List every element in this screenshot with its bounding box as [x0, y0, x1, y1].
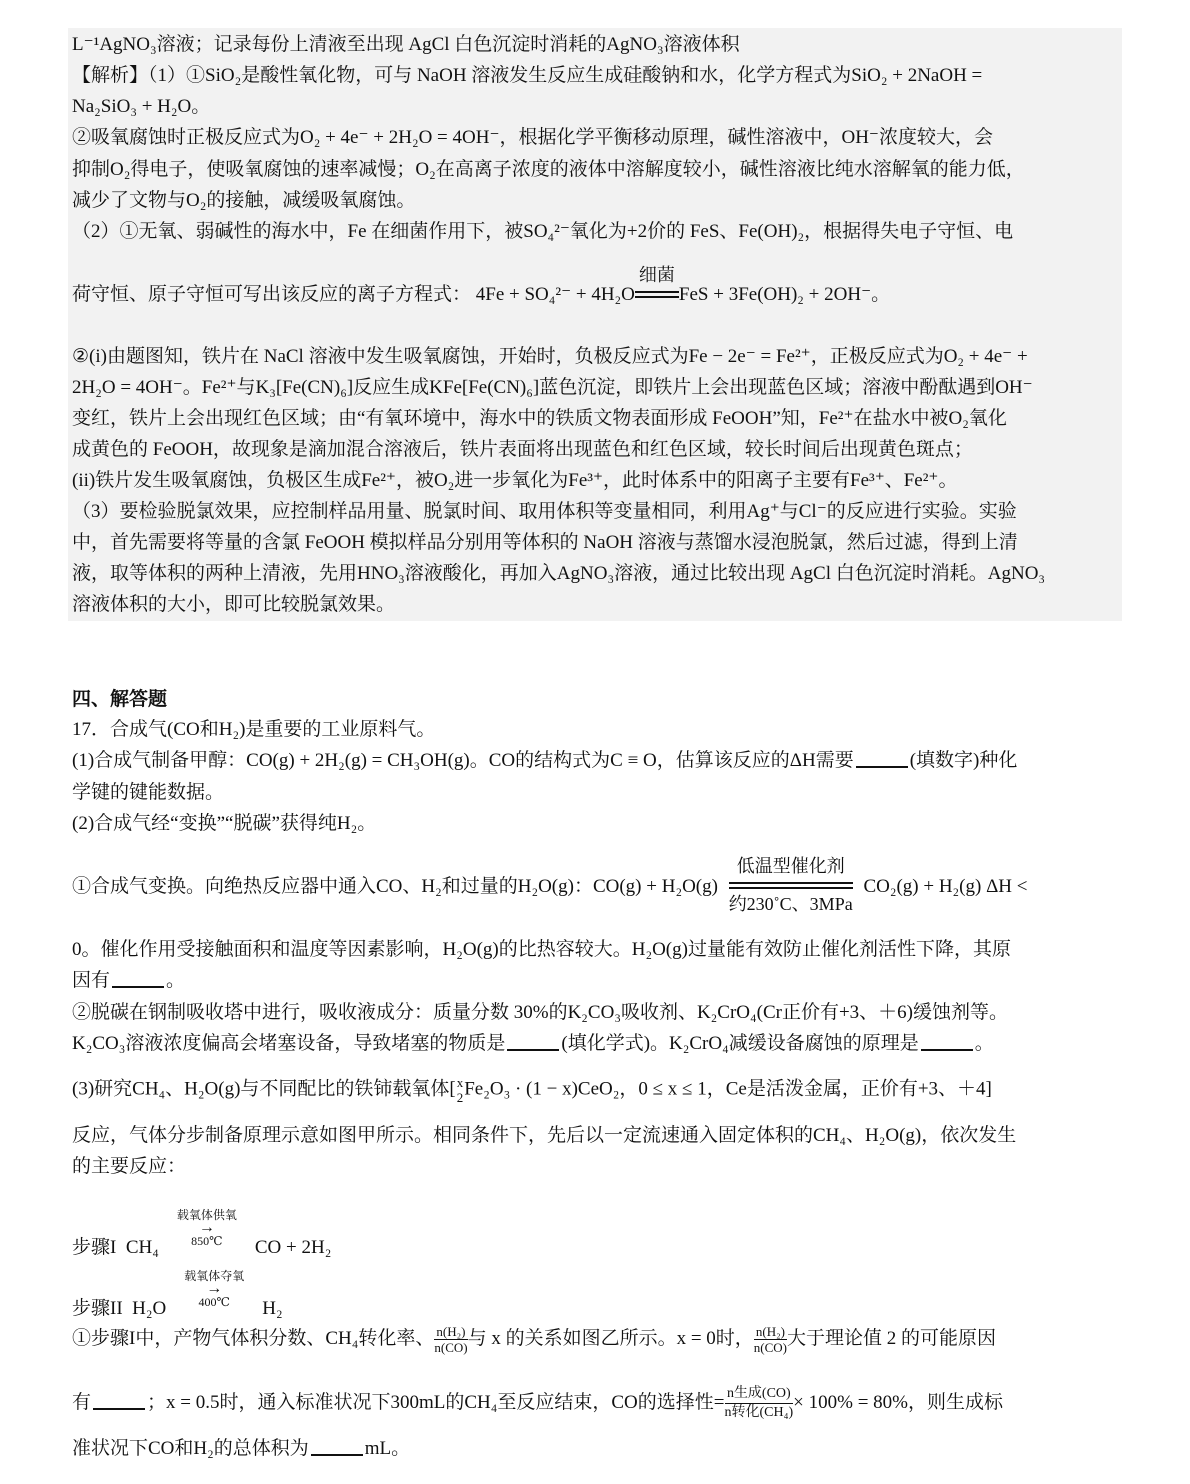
- fraction-denominator: 2: [456, 1090, 465, 1105]
- conditions-label: 约230˚C、3MPa: [719, 894, 863, 914]
- analysis-line: 液，取等体积的两种上清液，先用HNO₃溶液酸化，再加入AgNO₃溶液，通过比较出…: [72, 561, 1045, 587]
- analysis-line: 成黄色的 FeOOH，故现象是滴加混合溶液后，铁片表面将出现蓝色和红色区域，较长…: [72, 437, 973, 463]
- step1-reaction: 步骤I CH₄载氧体供氧→850℃CO + 2H₂: [72, 1208, 331, 1261]
- decarb-text: (填化学式)。K₂CrO₄减缓设备腐蚀的原理是: [561, 1033, 918, 1054]
- analysis-line: 减少了文物与O₂的接触，减缓吸氧腐蚀。: [72, 188, 415, 214]
- step-reactant: CH₄: [126, 1237, 159, 1258]
- analysis-line: （3）要检验脱氯效果，应控制样品用量、脱氯时间、取用体积等变量相同，利用Ag⁺与…: [72, 499, 1017, 525]
- ratio-fraction: n(H₂)n(CO): [754, 1324, 787, 1355]
- fraction-numerator: n(H₂): [434, 1324, 467, 1340]
- analysis-line: 中，首先需要将等量的含氯 FeOOH 模拟样品分别用等体积的 NaOH 溶液与蒸…: [72, 530, 1018, 556]
- analysis-line: 变红，铁片上会出现红色区域；由“有氧环境中，海水中的铁质文物表面形成 FeOOH…: [72, 406, 1007, 432]
- fraction-numerator: n生成(CO): [725, 1385, 794, 1404]
- q1-text: × 100% = 80%，则生成标: [793, 1392, 1003, 1413]
- arrow-right-icon: →: [177, 1222, 237, 1234]
- part1-text-tail: (填数字)种化: [910, 750, 1018, 771]
- answer-blank[interactable]: [856, 748, 908, 768]
- part3-text: Fe₂O₃ · (1 − x)CeO₂，0 ≤ x ≤ 1，Ce是活泼金属，正价…: [464, 1078, 992, 1099]
- step-label: 步骤II: [72, 1298, 123, 1319]
- reaction-condition: 低温型催化剂 约230˚C、3MPa: [729, 882, 853, 889]
- step-condition-below: 850℃: [177, 1234, 237, 1248]
- part1-text: (1)合成气制备甲醇：CO(g) + 2H₂(g) = CH₃OH(g)。CO的…: [72, 750, 854, 771]
- analysis-line: ②吸氧腐蚀时正极反应式为O₂ + 4e⁻ + 2H₂O = 4OH⁻，根据化学平…: [72, 125, 993, 151]
- q1-line3: 准状况下CO和H₂的总体积为mL。: [72, 1436, 410, 1462]
- step-product: CO + 2H₂: [255, 1237, 331, 1258]
- part1-line2: 学键的键能数据。: [72, 780, 224, 806]
- analysis-line: 【解析】（1）①SiO₂是酸性氧化物，可与 NaOH 溶液发生反应生成硅酸钠和水…: [72, 63, 982, 89]
- fraction-numerator: n(H₂): [754, 1324, 787, 1340]
- step-arrow: 载氧体供氧→850℃: [177, 1208, 237, 1248]
- step-condition-below: 400℃: [184, 1295, 244, 1309]
- analysis-line: 2H₂O = 4OH⁻。Fe²⁺与K₃[Fe(CN)₆]反应生成KFe[Fe(C…: [72, 375, 1033, 401]
- q1-line2: 有；x = 0.5时，通入标准状况下300mL的CH₄至反应结束，CO的选择性=…: [72, 1385, 1003, 1422]
- analysis-line: （2）①无氧、弱碱性的海水中，Fe 在细菌作用下，被SO₄²⁻氧化为+2价的 F…: [72, 219, 1013, 245]
- analysis-line: ②(i)由题图知，铁片在 NaCl 溶液中发生吸氧腐蚀，开始时，负极反应式为Fe…: [72, 344, 1028, 370]
- equation-left: 4Fe + SO₄²⁻ + 4H₂O: [476, 284, 635, 305]
- selectivity-fraction: n生成(CO)n转化(CH₄): [725, 1385, 794, 1422]
- part3-line2: 反应，气体分步制备原理示意如图甲所示。相同条件下，先后以一定流速通入固定体积的C…: [72, 1123, 1016, 1149]
- answer-blank[interactable]: [921, 1031, 973, 1051]
- fraction-denominator: n(CO): [754, 1340, 787, 1355]
- part3-line3: 的主要反应：: [72, 1154, 186, 1180]
- equation-right: FeS + 3Fe(OH)₂ + 2OH⁻。: [679, 284, 890, 305]
- ratio-fraction: n(H₂)n(CO): [434, 1324, 467, 1355]
- shift-line3: 因有。: [72, 968, 185, 994]
- answer-blank[interactable]: [112, 968, 164, 988]
- step-reactant: H₂O: [132, 1298, 166, 1319]
- question-stem: 17．合成气(CO和H₂)是重要的工业原料气。: [72, 717, 435, 743]
- section-title: 四、解答题: [72, 686, 167, 712]
- fraction-denominator: n转化(CH₄): [725, 1404, 794, 1422]
- analysis-line: Na₂SiO₃ + H₂O。: [72, 94, 210, 120]
- part3-line1: (3)研究CH₄、H₂O(g)与不同配比的铁铈载氧体[x2Fe₂O₃ · (1 …: [72, 1075, 992, 1105]
- analysis-line: 溶液体积的大小，即可比较脱氯效果。: [72, 592, 395, 618]
- q1-text: 与 x 的关系如图乙所示。x = 0时，: [468, 1328, 754, 1349]
- q1-text: 大于理论值 2 的可能原因: [787, 1328, 996, 1349]
- arrow-right-icon: →: [184, 1283, 244, 1295]
- analysis-line: L⁻¹AgNO₃溶液；记录每份上清液至出现 AgCl 白色沉淀时消耗的AgNO₃…: [72, 32, 740, 58]
- decarb-line1: ②脱碳在钢制吸收塔中进行，吸收液成分：质量分数 30%的K₂CO₃吸收剂、K₂C…: [72, 1000, 1008, 1026]
- step-arrow: 载氧体夺氧→400℃: [184, 1269, 244, 1309]
- q1-text: ①步骤I中，产物气体积分数、CH₄转化率、: [72, 1328, 434, 1349]
- double-line-icon: [635, 291, 679, 298]
- step-product: H₂: [262, 1298, 282, 1319]
- answer-blank[interactable]: [507, 1031, 559, 1051]
- shift-line2: 0。催化作用受接触面积和温度等因素影响，H₂O(g)的比热容较大。H₂O(g)过…: [72, 937, 1011, 963]
- equation-condition: 细菌: [635, 265, 679, 285]
- fraction-denominator: n(CO): [434, 1340, 467, 1355]
- equals-condition: 细菌: [635, 291, 679, 298]
- q1-text: mL。: [365, 1438, 410, 1459]
- shift-text: 。: [166, 970, 185, 991]
- q1-text: 准状况下CO和H₂的总体积为: [72, 1438, 309, 1459]
- analysis-line: 荷守恒、原子守恒可写出该反应的离子方程式：: [72, 284, 471, 305]
- decarb-line2: K₂CO₃溶液浓度偏高会堵塞设备，导致堵塞的物质是(填化学式)。K₂CrO₄减缓…: [72, 1031, 994, 1057]
- answer-blank[interactable]: [311, 1436, 363, 1456]
- shift-text: 因有: [72, 970, 110, 991]
- step-label: 步骤I: [72, 1237, 116, 1258]
- decarb-text: K₂CO₃溶液浓度偏高会堵塞设备，导致堵塞的物质是: [72, 1033, 505, 1054]
- fraction-numerator: x: [456, 1075, 465, 1090]
- analysis-line: (ii)铁片发生吸氧腐蚀，负极区生成Fe²⁺，被O₂进一步氧化为Fe³⁺，此时体…: [72, 468, 957, 494]
- shift-products: CO₂(g) + H₂(g) ΔH <: [863, 876, 1027, 897]
- ionic-equation-line: 荷守恒、原子守恒可写出该反应的离子方程式： 4Fe + SO₄²⁻ + 4H₂O…: [72, 282, 890, 308]
- shift-text: ①合成气变换。向绝热反应器中通入CO、H₂和过量的H₂O(g)：CO(g) + …: [72, 876, 718, 897]
- answer-blank[interactable]: [93, 1390, 145, 1410]
- part3-text: (3)研究CH₄、H₂O(g)与不同配比的铁铈载氧体[: [72, 1078, 456, 1099]
- q1-text: ；x = 0.5时，通入标准状况下300mL的CH₄至反应结束，CO的选择性=: [147, 1392, 724, 1413]
- analysis-line: 抑制O₂得电子，使吸氧腐蚀的速率减慢；O₂在高离子浓度的液体中溶解度较小，碱性溶…: [72, 157, 1025, 183]
- shift-reaction-line: ①合成气变换。向绝热反应器中通入CO、H₂和过量的H₂O(g)：CO(g) + …: [72, 874, 1028, 900]
- fraction: x2: [456, 1075, 465, 1105]
- decarb-text: 。: [975, 1033, 994, 1054]
- step2-reaction: 步骤II H₂O载氧体夺氧→400℃H₂: [72, 1269, 283, 1322]
- q1-line1: ①步骤I中，产物气体积分数、CH₄转化率、n(H₂)n(CO)与 x 的关系如图…: [72, 1324, 996, 1355]
- double-line-icon: [729, 882, 853, 889]
- part2-intro: (2)合成气经“变换”“脱碳”获得纯H₂。: [72, 811, 376, 837]
- part1-line: (1)合成气制备甲醇：CO(g) + 2H₂(g) = CH₃OH(g)。CO的…: [72, 748, 1017, 774]
- q1-text: 有: [72, 1392, 91, 1413]
- catalyst-label: 低温型催化剂: [729, 856, 853, 876]
